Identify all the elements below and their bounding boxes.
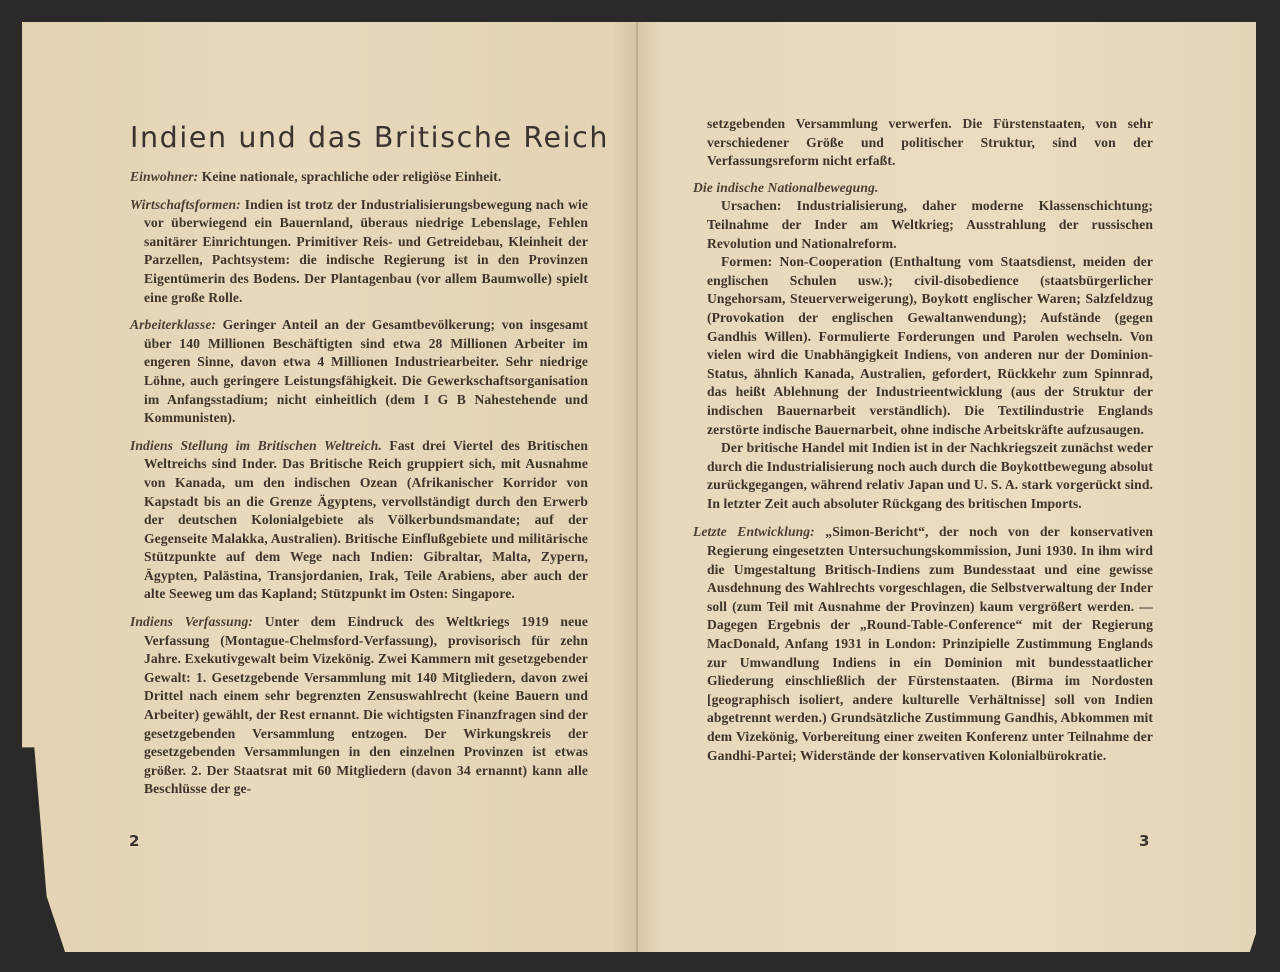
- section-wirtschaftsformen: Wirtschaftsformen: Indien ist trotz der …: [130, 196, 588, 308]
- section-lead: Indiens Stellung im Britischen Weltreich…: [130, 438, 382, 453]
- section-text: Indien ist trotz der Industrialisierungs…: [144, 197, 588, 305]
- section-stellung: Indiens Stellung im Britischen Weltreich…: [130, 437, 588, 604]
- left-page: Indien und das Britische Reich Einwohner…: [22, 22, 637, 952]
- section-text: „Simon-Bericht“, der noch von der konser…: [707, 524, 1153, 762]
- section-lead: Wirtschaftsformen:: [130, 197, 241, 212]
- right-text-column: setzgebenden Versammlung verwerfen. Die …: [693, 115, 1153, 774]
- section-text: Unter dem Eindruck des Weltkriegs 1919 n…: [144, 614, 588, 796]
- page-number-left: 2: [129, 832, 139, 850]
- section-text: Geringer Anteil an der Gesamtbevölkerung…: [144, 317, 588, 425]
- verfassung-continuation: setzgebenden Versammlung verwerfen. Die …: [693, 115, 1153, 171]
- right-page: setzgebenden Versammlung verwerfen. Die …: [637, 22, 1256, 952]
- section-arbeiterklasse: Arbeiterklasse: Geringer Anteil an der G…: [130, 316, 588, 428]
- book-spread: Indien und das Britische Reich Einwohner…: [22, 22, 1256, 952]
- paragraph-formen: Formen: Non-Cooperation (Enthaltung vom …: [693, 253, 1153, 439]
- section-letzte-entwicklung: Letzte Entwicklung: „Simon-Bericht“, der…: [693, 523, 1153, 765]
- section-verfassung: Indiens Verfassung: Unter dem Eindruck d…: [130, 613, 588, 799]
- section-einwohner: Einwohner: Keine nationale, sprachliche …: [130, 168, 588, 187]
- paragraph-handel: Der britische Handel mit Indien ist in d…: [693, 439, 1153, 513]
- section-lead: Letzte Entwicklung:: [693, 524, 815, 539]
- section-text: Keine nationale, sprachliche oder religi…: [198, 169, 501, 184]
- left-text-column: Indien und das Britische Reich Einwohner…: [130, 120, 588, 808]
- section-heading-nationalbewegung: Die indische Nationalbewegung.: [693, 179, 1153, 198]
- page-title: Indien und das Britische Reich: [130, 120, 588, 156]
- section-lead: Einwohner:: [130, 169, 198, 184]
- book-spine-fold: [636, 22, 638, 952]
- section-text: Fast drei Viertel des Britischen Weltrei…: [144, 438, 588, 602]
- page-number-right: 3: [1139, 832, 1149, 850]
- paragraph-ursachen: Ursachen: Industrialisierung, daher mode…: [693, 197, 1153, 253]
- section-lead: Arbeiterklasse:: [130, 317, 216, 332]
- section-lead: Indiens Verfassung:: [130, 614, 253, 629]
